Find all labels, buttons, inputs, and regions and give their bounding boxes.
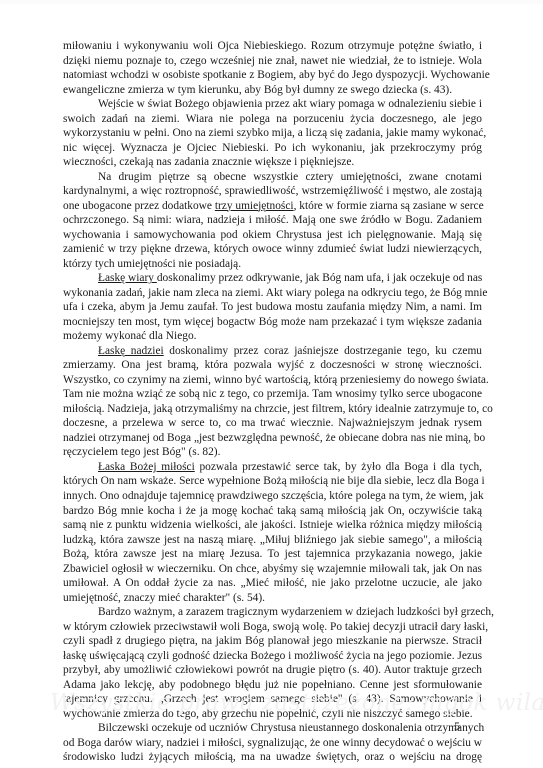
text-run: wychowania i samowychowania pod okiem Ch… bbox=[63, 229, 482, 241]
scan-artifact bbox=[0, 0, 543, 4]
text-line: Bożą, która zawsze jest na miarę Jezusa.… bbox=[63, 547, 482, 562]
text-run: miłością. Nadzieja, jaką otrzymaliśmy na… bbox=[63, 403, 493, 415]
paragraph: miłowaniu i wykonywaniu woli Ojca Niebie… bbox=[63, 39, 482, 97]
text-run: mocniejszy ten most, tym więcej bogactw … bbox=[63, 316, 482, 328]
text-line: ochrzczonego. Są nimi: wiara, nadzieja i… bbox=[63, 213, 482, 228]
text-run: których On nam wskaże. Serce wypełnione … bbox=[63, 475, 485, 487]
text-line: Bilczewski oczekuje od uczniów Chrystusa… bbox=[63, 721, 482, 736]
paragraph: Bilczewski oczekuje od uczniów Chrystusa… bbox=[63, 721, 482, 765]
text-run: samą nie z punktu widzenia wielkości, al… bbox=[63, 519, 482, 531]
text-run: umiejętność, znaczy mieć charakter" (s. … bbox=[63, 592, 265, 604]
text-line: ludzką, która zawsze jest na naszą miarę… bbox=[63, 533, 482, 548]
text-line: Adama jako lekcję, aby podobnego błędu j… bbox=[63, 678, 482, 693]
text-run: wychowanie zmierza do tego, aby grzechu … bbox=[63, 708, 473, 720]
text-run: tajemnicy grzechu. „Grzech jest wrogiem … bbox=[63, 693, 482, 705]
text-line: przybył, aby umożliwić człowiekowi powró… bbox=[63, 663, 482, 678]
text-run: nic więcej. Wyznacza je Ojciec Niebieski… bbox=[63, 142, 482, 154]
text-run: ochrzczonego. Są nimi: wiara, nadzieja i… bbox=[63, 214, 482, 226]
text-line: wieczności, czekają nas zadania znacznie… bbox=[63, 155, 482, 170]
text-line: miłością. Nadzieja, jaką otrzymaliśmy na… bbox=[63, 402, 482, 417]
text-line: wychowania i samowychowania pod okiem Ch… bbox=[63, 228, 482, 243]
text-run: doskonalimy przez odkrywanie, jak Bóg na… bbox=[157, 272, 482, 284]
text-line: wychowanie zmierza do tego, aby grzechu … bbox=[63, 707, 482, 722]
text-line: ufa i czeka, abym ja Jemu zaufał. To jes… bbox=[63, 300, 482, 315]
text-run: ewangeliczne zmierza w tym kierunku, aby… bbox=[63, 84, 452, 96]
underlined-term: Łaskę wiary bbox=[98, 272, 157, 284]
text-line: Wszystko, co czynimy na ziemi, winno być… bbox=[63, 373, 482, 388]
text-run: od Boga darów wiary, nadziei i miłości, … bbox=[63, 737, 482, 749]
page-number: 5 bbox=[454, 719, 460, 734]
text-run: Bilczewski oczekuje od uczniów Chrystusa… bbox=[98, 722, 484, 734]
text-run: Na drugim piętrze są obecne wszystkie cz… bbox=[98, 171, 482, 183]
text-run: Bożą, która zawsze jest na miarę Jezusa.… bbox=[63, 548, 482, 560]
text-run: Wejście w świat Bożego objawienia przez … bbox=[98, 98, 482, 110]
text-line: wykorzystaniu w pełni. Ono na ziemi szyb… bbox=[63, 126, 482, 141]
text-line: zamienić w trzy piękne drzewa, których o… bbox=[63, 242, 482, 257]
text-run: łaskę uświęcającą czyli godność dziecka … bbox=[63, 650, 482, 662]
text-line: Wejście w świat Bożego objawienia przez … bbox=[63, 97, 482, 112]
text-line: one ubogacone przez dodatkowe trzy umiej… bbox=[63, 199, 482, 214]
text-run: ludzką, która zawsze jest na naszą miarę… bbox=[63, 534, 482, 546]
text-line: wykonania zadań, jakie nam zleca na ziem… bbox=[63, 286, 482, 301]
text-line: Łaskę wiary doskonalimy przez odkrywanie… bbox=[63, 271, 482, 286]
text-run: ufa i czeka, abym ja Jemu zaufał. To jes… bbox=[63, 301, 482, 313]
paragraph: Bardzo ważnym, a zarazem tragicznym wyda… bbox=[63, 605, 482, 721]
text-line: miłowaniu i wykonywaniu woli Ojca Niebie… bbox=[63, 39, 482, 54]
text-line: Łaskę nadziei doskonalimy przez coraz ja… bbox=[63, 344, 482, 359]
text-line: Łaska Bożej miłości pozwala przestawić s… bbox=[63, 460, 482, 475]
text-line: bardzo Bóg mnie kocha i że ja mogę kocha… bbox=[63, 504, 482, 519]
text-line: możemy wykonać dla Niego. bbox=[63, 329, 482, 344]
text-run: Adama jako lekcję, aby podobnego błędu j… bbox=[63, 679, 482, 691]
text-run: , które w formie ziarna są zasiane w ser… bbox=[294, 200, 484, 212]
text-run: Wszystko, co czynimy na ziemi, winno być… bbox=[63, 374, 489, 386]
text-line: których On nam wskaże. Serce wypełnione … bbox=[63, 474, 482, 489]
paragraph: Na drugim piętrze są obecne wszystkie cz… bbox=[63, 170, 482, 272]
text-line: środowisko ludzi żyjących miłością, ma n… bbox=[63, 750, 482, 765]
text-run: kardynalnymi, a więc roztropność, sprawi… bbox=[63, 185, 482, 197]
text-line: doczesne, a przelewa w serce to, co ma t… bbox=[63, 416, 482, 431]
paragraph: Łaskę nadziei doskonalimy przez coraz ja… bbox=[63, 344, 482, 460]
text-run: którzy tych umiejętności nie posiadają. bbox=[63, 258, 241, 270]
text-line: dzięki niemu poznaje to, czego wcześniej… bbox=[63, 54, 482, 69]
text-run: przybył, aby umożliwić człowiekowi powró… bbox=[63, 664, 482, 676]
text-line: umiejętność, znaczy mieć charakter" (s. … bbox=[63, 591, 482, 606]
text-run: umiłował. A On oddał życie za nas. „Mieć… bbox=[63, 577, 482, 589]
text-run: doczesne, a przelewa w serce to, co ma t… bbox=[63, 417, 482, 429]
text-run: zmierzamy. Ona jest bramą, która pozwala… bbox=[63, 359, 482, 371]
text-run: w którym człowiek przeciwstawił woli Bog… bbox=[63, 621, 488, 633]
text-line: Tam nie można wziąć ze sobą nic z tego, … bbox=[63, 387, 482, 402]
text-line: którzy tych umiejętności nie posiadają. bbox=[63, 257, 482, 272]
text-line: tajemnicy grzechu. „Grzech jest wrogiem … bbox=[63, 692, 482, 707]
text-run: swoich zadań na ziemi. Wiara nie polega … bbox=[63, 113, 482, 125]
text-run: one ubogacone przez dodatkowe bbox=[63, 200, 215, 212]
text-run: innych. Ono odnajduje tajemnicę prawdziw… bbox=[63, 490, 484, 502]
text-run: pozwala przestawić serce tak, by żyło dl… bbox=[195, 461, 482, 473]
text-run: środowisko ludzi żyjących miłością, ma n… bbox=[63, 751, 482, 763]
text-line: Zbawiciel ogłosił w wieczerniku. On chce… bbox=[63, 562, 482, 577]
text-line: umiłował. A On oddał życie za nas. „Mieć… bbox=[63, 576, 482, 591]
paragraph: Łaskę wiary doskonalimy przez odkrywanie… bbox=[63, 271, 482, 344]
text-line: mocniejszy ten most, tym więcej bogactw … bbox=[63, 315, 482, 330]
underlined-term: Łaskę nadziei bbox=[98, 345, 164, 357]
text-run: Bardzo ważnym, a zarazem tragicznym wyda… bbox=[98, 606, 494, 618]
text-run: nadziei otrzymanej od Boga „jest bezwzgl… bbox=[63, 432, 485, 444]
text-run: Tam nie można wziąć ze sobą nic z tego, … bbox=[63, 388, 482, 400]
text-line: natomiast wchodzi w osobiste spotkanie z… bbox=[63, 68, 482, 83]
text-run: ręczycielem tego jest Bóg" (s. 82). bbox=[63, 446, 220, 458]
text-line: ręczycielem tego jest Bóg" (s. 82). bbox=[63, 445, 482, 460]
paragraph: Łaska Bożej miłości pozwala przestawić s… bbox=[63, 460, 482, 605]
text-line: Bardzo ważnym, a zarazem tragicznym wyda… bbox=[63, 605, 482, 620]
text-run: wykorzystaniu w pełni. Ono na ziemi szyb… bbox=[63, 127, 486, 139]
text-run: dzięki niemu poznaje to, czego wcześniej… bbox=[63, 55, 482, 67]
text-line: innych. Ono odnajduje tajemnicę prawdziw… bbox=[63, 489, 482, 504]
text-line: kardynalnymi, a więc roztropność, sprawi… bbox=[63, 184, 482, 199]
underlined-term: trzy umiejętności bbox=[215, 200, 294, 212]
underlined-term: Łaska Bożej miłości bbox=[98, 461, 195, 473]
text-run: natomiast wchodzi w osobiste spotkanie z… bbox=[63, 69, 490, 81]
document-page: miłowaniu i wykonywaniu woli Ojca Niebie… bbox=[0, 0, 543, 768]
text-run: Zbawiciel ogłosił w wieczerniku. On chce… bbox=[63, 563, 482, 575]
text-line: nadziei otrzymanej od Boga „jest bezwzgl… bbox=[63, 431, 482, 446]
text-line: w którym człowiek przeciwstawił woli Bog… bbox=[63, 620, 482, 635]
paragraph: Wejście w świat Bożego objawienia przez … bbox=[63, 97, 482, 170]
text-run: wieczności, czekają nas zadania znacznie… bbox=[63, 156, 354, 168]
text-run: możemy wykonać dla Niego. bbox=[63, 330, 196, 342]
text-line: ewangeliczne zmierza w tym kierunku, aby… bbox=[63, 83, 482, 98]
text-run: czyli spadł z drugiego piętra, na jakim … bbox=[63, 635, 482, 647]
text-line: czyli spadł z drugiego piętra, na jakim … bbox=[63, 634, 482, 649]
text-run: zamienić w trzy piękne drzewa, których o… bbox=[63, 243, 482, 255]
body-text: miłowaniu i wykonywaniu woli Ojca Niebie… bbox=[63, 39, 482, 765]
text-line: łaskę uświęcającą czyli godność dziecka … bbox=[63, 649, 482, 664]
text-line: samą nie z punktu widzenia wielkości, al… bbox=[63, 518, 482, 533]
text-run: bardzo Bóg mnie kocha i że ja mogę kocha… bbox=[63, 505, 482, 517]
text-run: miłowaniu i wykonywaniu woli Ojca Niebie… bbox=[63, 40, 482, 52]
text-line: zmierzamy. Ona jest bramą, która pozwala… bbox=[63, 358, 482, 373]
text-line: swoich zadań na ziemi. Wiara nie polega … bbox=[63, 112, 482, 127]
text-line: od Boga darów wiary, nadziei i miłości, … bbox=[63, 736, 482, 751]
text-run: wykonania zadań, jakie nam zleca na ziem… bbox=[63, 287, 487, 299]
text-run: doskonalimy przez coraz jaśniejsze dostr… bbox=[164, 345, 482, 357]
text-line: Na drugim piętrze są obecne wszystkie cz… bbox=[63, 170, 482, 185]
text-line: nic więcej. Wyznacza je Ojciec Niebieski… bbox=[63, 141, 482, 156]
